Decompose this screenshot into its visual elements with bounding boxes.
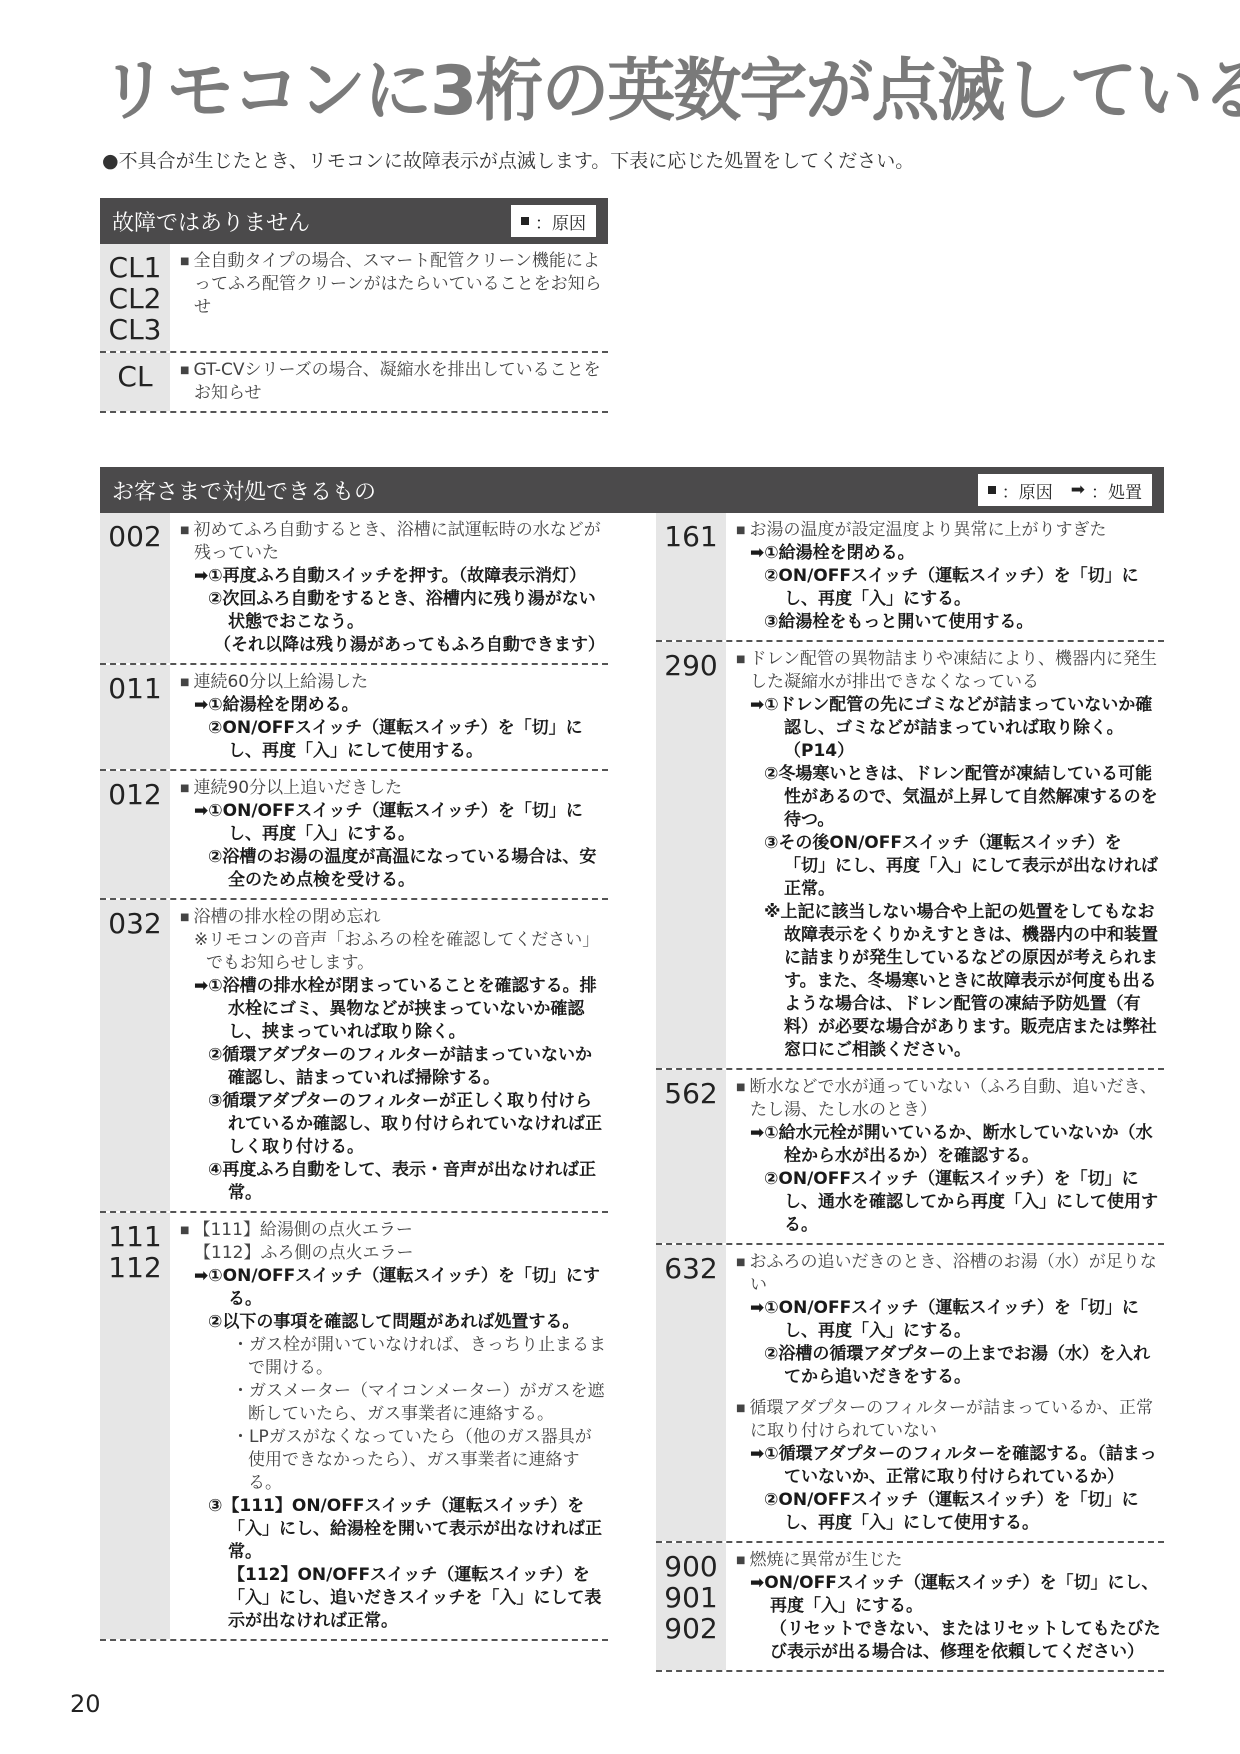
left-column: 002 初めてふろ自動するとき、浴槽に試運転時の水などが残っていた ➡①再度ふろ… — [100, 513, 608, 1672]
table-row: 900 901 902 燃焼に異常が生じた ➡ON/OFFスイッチ（運転スイッチ… — [656, 1543, 1164, 1672]
error-code: 562 — [656, 1070, 726, 1243]
table-row: CL GT-CVシリーズの場合、凝縮水を排出していることをお知らせ — [100, 353, 608, 413]
cause-square-icon — [521, 217, 529, 225]
action-text: ➡①ドレン配管の先にゴミなどが詰まっていないか確認し、ゴミなどが詰まっていれば取… — [736, 694, 1164, 763]
action-text: ➡①ON/OFFスイッチ（運転スイッチ）を「切」にする。 — [180, 1265, 608, 1311]
action-text: ②ON/OFFスイッチ（運転スイッチ）を「切」にし、通水を確認してから再度「入」… — [736, 1168, 1164, 1237]
customer-fix-section: お客さまで対処できるもの ：原因 ➡：処置 002 初めてふろ自動するとき、浴槽… — [100, 467, 1164, 1672]
section-title: お客さまで対処できるもの — [112, 475, 376, 506]
error-code: 032 — [100, 900, 170, 1211]
action-text: ②ON/OFFスイッチ（運転スイッチ）を「切」にし、再度「入」にする。 — [736, 565, 1164, 611]
table-row: 562 断水などで水が通っていない（ふろ自動、追いだき、たし湯、たし水のとき） … — [656, 1070, 1164, 1245]
cause-text: GT-CVシリーズの場合、凝縮水を排出していることをお知らせ — [180, 359, 608, 405]
cause-text: 燃焼に異常が生じた — [736, 1549, 1164, 1572]
action-text: ➡ON/OFFスイッチ（運転スイッチ）を「切」にし、再度「入」にする。 — [736, 1572, 1164, 1618]
table-row: CL1 CL2 CL3 全自動タイプの場合、スマート配管クリーン機能によってふろ… — [100, 244, 608, 353]
error-code: 900 901 902 — [656, 1543, 726, 1670]
table-row: 032 浴槽の排水栓の閉め忘れ ※リモコンの音声「おふろの栓を確認してください」… — [100, 900, 608, 1213]
action-text: ③その後ON/OFFスイッチ（運転スイッチ）を「切」にし、再度「入」にして表示が… — [736, 832, 1164, 901]
error-code: 002 — [100, 513, 170, 663]
page-title: リモコンに3桁の英数字が点滅していると — [100, 52, 1240, 132]
cause-text: 初めてふろ自動するとき、浴槽に試運転時の水などが残っていた — [180, 519, 608, 565]
check-item: ・ガスメーター（マイコンメーター）がガスを遮断していたら、ガス事業者に連絡する。 — [180, 1380, 608, 1426]
legend: ：原因 — [511, 205, 596, 237]
action-text: ②循環アダプターのフィルターが詰まっていないか確認し、詰まっていれば掃除する。 — [180, 1044, 608, 1090]
action-text: ➡①循環アダプターのフィルターを確認する。（詰まっていないか、正常に取り付けられ… — [736, 1443, 1164, 1489]
action-text: ③【111】ON/OFFスイッチ（運転スイッチ）を「入」にし、給湯栓を開いて表示… — [180, 1495, 608, 1564]
cause-text: 浴槽の排水栓の閉め忘れ — [180, 906, 608, 929]
action-arrow-icon: ➡ — [1071, 480, 1085, 500]
action-text: （リセットできない、またはリセットしてもたびたび表示が出る場合は、修理を依頼して… — [736, 1618, 1164, 1664]
table-row: 632 おふろの追いだきのとき、浴槽のお湯（水）が足りない ➡①ON/OFFスイ… — [656, 1245, 1164, 1543]
error-code: 111 112 — [100, 1213, 170, 1639]
action-text: ③給湯栓をもっと開いて使用する。 — [736, 611, 1164, 634]
cause-text: おふろの追いだきのとき、浴槽のお湯（水）が足りない — [736, 1251, 1164, 1297]
table-row: 111 112 【111】給湯側の点火エラー 【112】ふろ側の点火エラー ➡①… — [100, 1213, 608, 1641]
check-item: ・ガス栓が開いていなければ、きっちり止まるまで開ける。 — [180, 1334, 608, 1380]
cause-text: お湯の温度が設定温度より異常に上がりすぎた — [736, 519, 1164, 542]
error-code: CL1 CL2 CL3 — [100, 244, 170, 351]
error-code: 012 — [100, 771, 170, 898]
action-text: ➡①ON/OFFスイッチ（運転スイッチ）を「切」にし、再度「入」にする。 — [736, 1297, 1164, 1343]
cause-text: ドレン配管の異物詰まりや凍結により、機器内に発生した凝縮水が排出できなくなってい… — [736, 648, 1164, 694]
cause-text: 連続60分以上給湯した — [180, 671, 608, 694]
action-text: （それ以降は残り湯があってもふろ自動できます） — [180, 634, 608, 657]
right-column: 161 お湯の温度が設定温度より異常に上がりすぎた ➡①給湯栓を閉める。 ②ON… — [656, 513, 1164, 1672]
legend: ：原因 ➡：処置 — [978, 474, 1152, 506]
note-text: ※上記に該当しない場合や上記の処置をしてもなお故障表示をくりかえすときは、機器内… — [736, 901, 1164, 1062]
error-code: 011 — [100, 665, 170, 769]
action-text: ②浴槽の循環アダプターの上までお湯（水）を入れてから追いだきをする。 — [736, 1343, 1164, 1389]
action-text: ➡①給水元栓が開いているか、断水していないか（水栓から水が出るか）を確認する。 — [736, 1122, 1164, 1168]
error-code: CL — [100, 353, 170, 411]
action-text: ②以下の事項を確認して問題があれば処置する。 — [180, 1311, 608, 1334]
cause-text: 【111】給湯側の点火エラー — [180, 1219, 608, 1242]
action-text: ②浴槽のお湯の温度が高温になっている場合は、安全のため点検を受ける。 — [180, 846, 608, 892]
cause-text: 全自動タイプの場合、スマート配管クリーン機能によってふろ配管クリーンがはたらいて… — [180, 250, 608, 319]
page-number: 20 — [70, 1690, 101, 1718]
action-text: ➡①ON/OFFスイッチ（運転スイッチ）を「切」にし、再度「入」にする。 — [180, 800, 608, 846]
action-text: ④再度ふろ自動をして、表示・音声が出なければ正常。 — [180, 1159, 608, 1205]
cause-text: 断水などで水が通っていない（ふろ自動、追いだき、たし湯、たし水のとき） — [736, 1076, 1164, 1122]
table-row: 290 ドレン配管の異物詰まりや凍結により、機器内に発生した凝縮水が排出できなく… — [656, 642, 1164, 1070]
action-text: ➡①再度ふろ自動スイッチを押す。（故障表示消灯） — [180, 565, 608, 588]
not-fault-section: 故障ではありません ：原因 CL1 CL2 CL3 全自動タイプの場合、スマート… — [100, 198, 608, 413]
table-row: 011 連続60分以上給湯した ➡①給湯栓を閉める。 ②ON/OFFスイッチ（運… — [100, 665, 608, 771]
section-header: お客さまで対処できるもの ：原因 ➡：処置 — [100, 467, 1164, 513]
error-code: 632 — [656, 1245, 726, 1541]
action-text: ②ON/OFFスイッチ（運転スイッチ）を「切」にし、再度「入」にして使用する。 — [180, 717, 608, 763]
intro-text: ●不具合が生じたとき、リモコンに故障表示が点滅します。下表に応じた処置をしてくだ… — [102, 146, 914, 173]
cause-text: 【112】ふろ側の点火エラー — [180, 1242, 608, 1265]
section-header: 故障ではありません ：原因 — [100, 198, 608, 244]
action-text: ③循環アダプターのフィルターが正しく取り付けられているか確認し、取り付けられてい… — [180, 1090, 608, 1159]
action-text: ②冬場寒いときは、ドレン配管が凍結している可能性があるので、気温が上昇して自然解… — [736, 763, 1164, 832]
error-code: 290 — [656, 642, 726, 1068]
action-text: ②ON/OFFスイッチ（運転スイッチ）を「切」にし、再度「入」にして使用する。 — [736, 1489, 1164, 1535]
cause-text: 連続90分以上追いだきした — [180, 777, 608, 800]
table-row: 012 連続90分以上追いだきした ➡①ON/OFFスイッチ（運転スイッチ）を「… — [100, 771, 608, 900]
check-item: ・LPガスがなくなっていたら（他のガス器具が使用できなかったら）、ガス事業者に連… — [180, 1426, 608, 1495]
cause-square-icon — [988, 486, 996, 494]
table-row: 161 お湯の温度が設定温度より異常に上がりすぎた ➡①給湯栓を閉める。 ②ON… — [656, 513, 1164, 642]
action-text: ➡①浴槽の排水栓が閉まっていることを確認する。排水栓にゴミ、異物などが挟まってい… — [180, 975, 608, 1044]
action-text: ➡①給湯栓を閉める。 — [180, 694, 608, 717]
note-text: ※リモコンの音声「おふろの栓を確認してください」でもお知らせします。 — [180, 929, 608, 975]
table-row: 002 初めてふろ自動するとき、浴槽に試運転時の水などが残っていた ➡①再度ふろ… — [100, 513, 608, 665]
cause-text: 循環アダプターのフィルターが詰まっているか、正常に取り付けられていない — [736, 1397, 1164, 1443]
error-code: 161 — [656, 513, 726, 640]
section-title: 故障ではありません — [112, 206, 310, 237]
action-text: ②次回ふろ自動をするとき、浴槽内に残り湯がない状態でおこなう。 — [180, 588, 608, 634]
action-text: 【112】ON/OFFスイッチ（運転スイッチ）を「入」にし、追いだきスイッチを「… — [180, 1564, 608, 1633]
action-text: ➡①給湯栓を閉める。 — [736, 542, 1164, 565]
